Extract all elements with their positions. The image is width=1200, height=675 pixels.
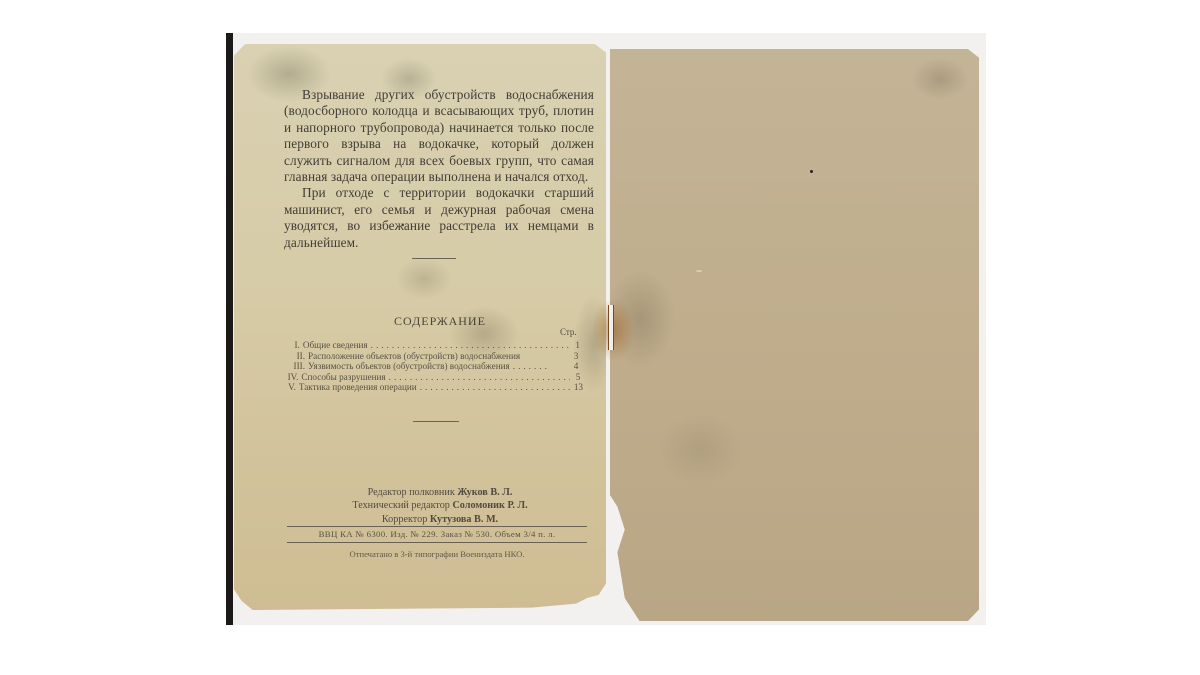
contents-item-number: III. (283, 361, 305, 372)
contents-item-page: 13 (574, 382, 583, 393)
right-page-blank (610, 49, 979, 621)
contents-item-label: Тактика проведения операции (299, 382, 417, 393)
contents-item: I. Общие сведения ......................… (283, 340, 583, 351)
contents-item-number: I. (283, 340, 300, 351)
section-divider (412, 258, 456, 259)
publication-info: ВВЦ КА № 6300. Изд. № 229. Заказ № 530. … (287, 529, 587, 539)
paper-speck (402, 224, 404, 226)
contents-item-number: II. (283, 351, 305, 362)
contents-item: III. Уязвимость объектов (обустройств) в… (283, 361, 583, 372)
contents-item: V. Тактика проведения операции .........… (283, 382, 583, 393)
leader-dots: ....... (513, 361, 566, 372)
contents-item-number: V. (283, 382, 296, 393)
proofreader-name: Кутузова В. М. (430, 514, 498, 525)
tech-editor-role: Технический редактор (352, 500, 450, 511)
contents-item-number: IV. (283, 372, 298, 383)
paper-speck (810, 170, 813, 173)
contents-item-label: Расположение объектов (обустройств) водо… (308, 351, 520, 362)
tech-editor-line: Технический редактор Соломоник Р. Л. (290, 499, 590, 512)
proofreader-line: Корректор Кутузова В. М. (290, 513, 590, 526)
contents-title: СОДЕРЖАНИЕ (394, 314, 486, 329)
contents-item-label: Уязвимость объектов (обустройств) водосн… (308, 361, 510, 372)
contents-item: II. Расположение объектов (обустройств) … (283, 351, 583, 362)
contents-item-page: 5 (573, 372, 583, 383)
imprint-rule-top (287, 526, 587, 527)
editor-name: Жуков В. Л. (457, 487, 512, 498)
paragraph: Взрывание других обустройств водоснабжен… (284, 87, 594, 185)
contents-item-page: 4 (569, 361, 583, 372)
leader-dots: ........................................… (389, 372, 571, 383)
binding-staple-hole (608, 305, 614, 350)
tech-editor-name: Соломоник Р. Л. (452, 500, 527, 511)
contents-item-page: 3 (569, 351, 583, 362)
imprint-rule-bottom (287, 542, 587, 543)
leader-dots: ........................................… (420, 382, 571, 393)
scanner-edge-strip (226, 33, 233, 625)
contents-item-label: Общие сведения (303, 340, 368, 351)
printer-info: Отпечатано в 3-й типографии Воениздата Н… (287, 549, 587, 559)
editor-role: Редактор полковник (368, 487, 455, 498)
section-divider (413, 421, 459, 422)
contents-item-page: 1 (572, 340, 583, 351)
contents-item: IV. Способы разрушения .................… (283, 372, 583, 383)
contents-list: I. Общие сведения ......................… (283, 340, 583, 393)
editor-line: Редактор полковник Жуков В. Л. (290, 486, 590, 499)
proofreader-role: Корректор (382, 514, 427, 525)
contents-item-label: Способы разрушения (301, 372, 385, 383)
leader-dots: ........................................… (371, 340, 570, 351)
imprint-credits: Редактор полковник Жуков В. Л. Техническ… (290, 486, 590, 526)
body-text: Взрывание других обустройств водоснабжен… (284, 87, 594, 251)
paragraph: При отходе с территории водокачки старши… (284, 185, 594, 251)
paper-speck (696, 270, 702, 272)
contents-page-column-label: Стр. (560, 327, 577, 337)
